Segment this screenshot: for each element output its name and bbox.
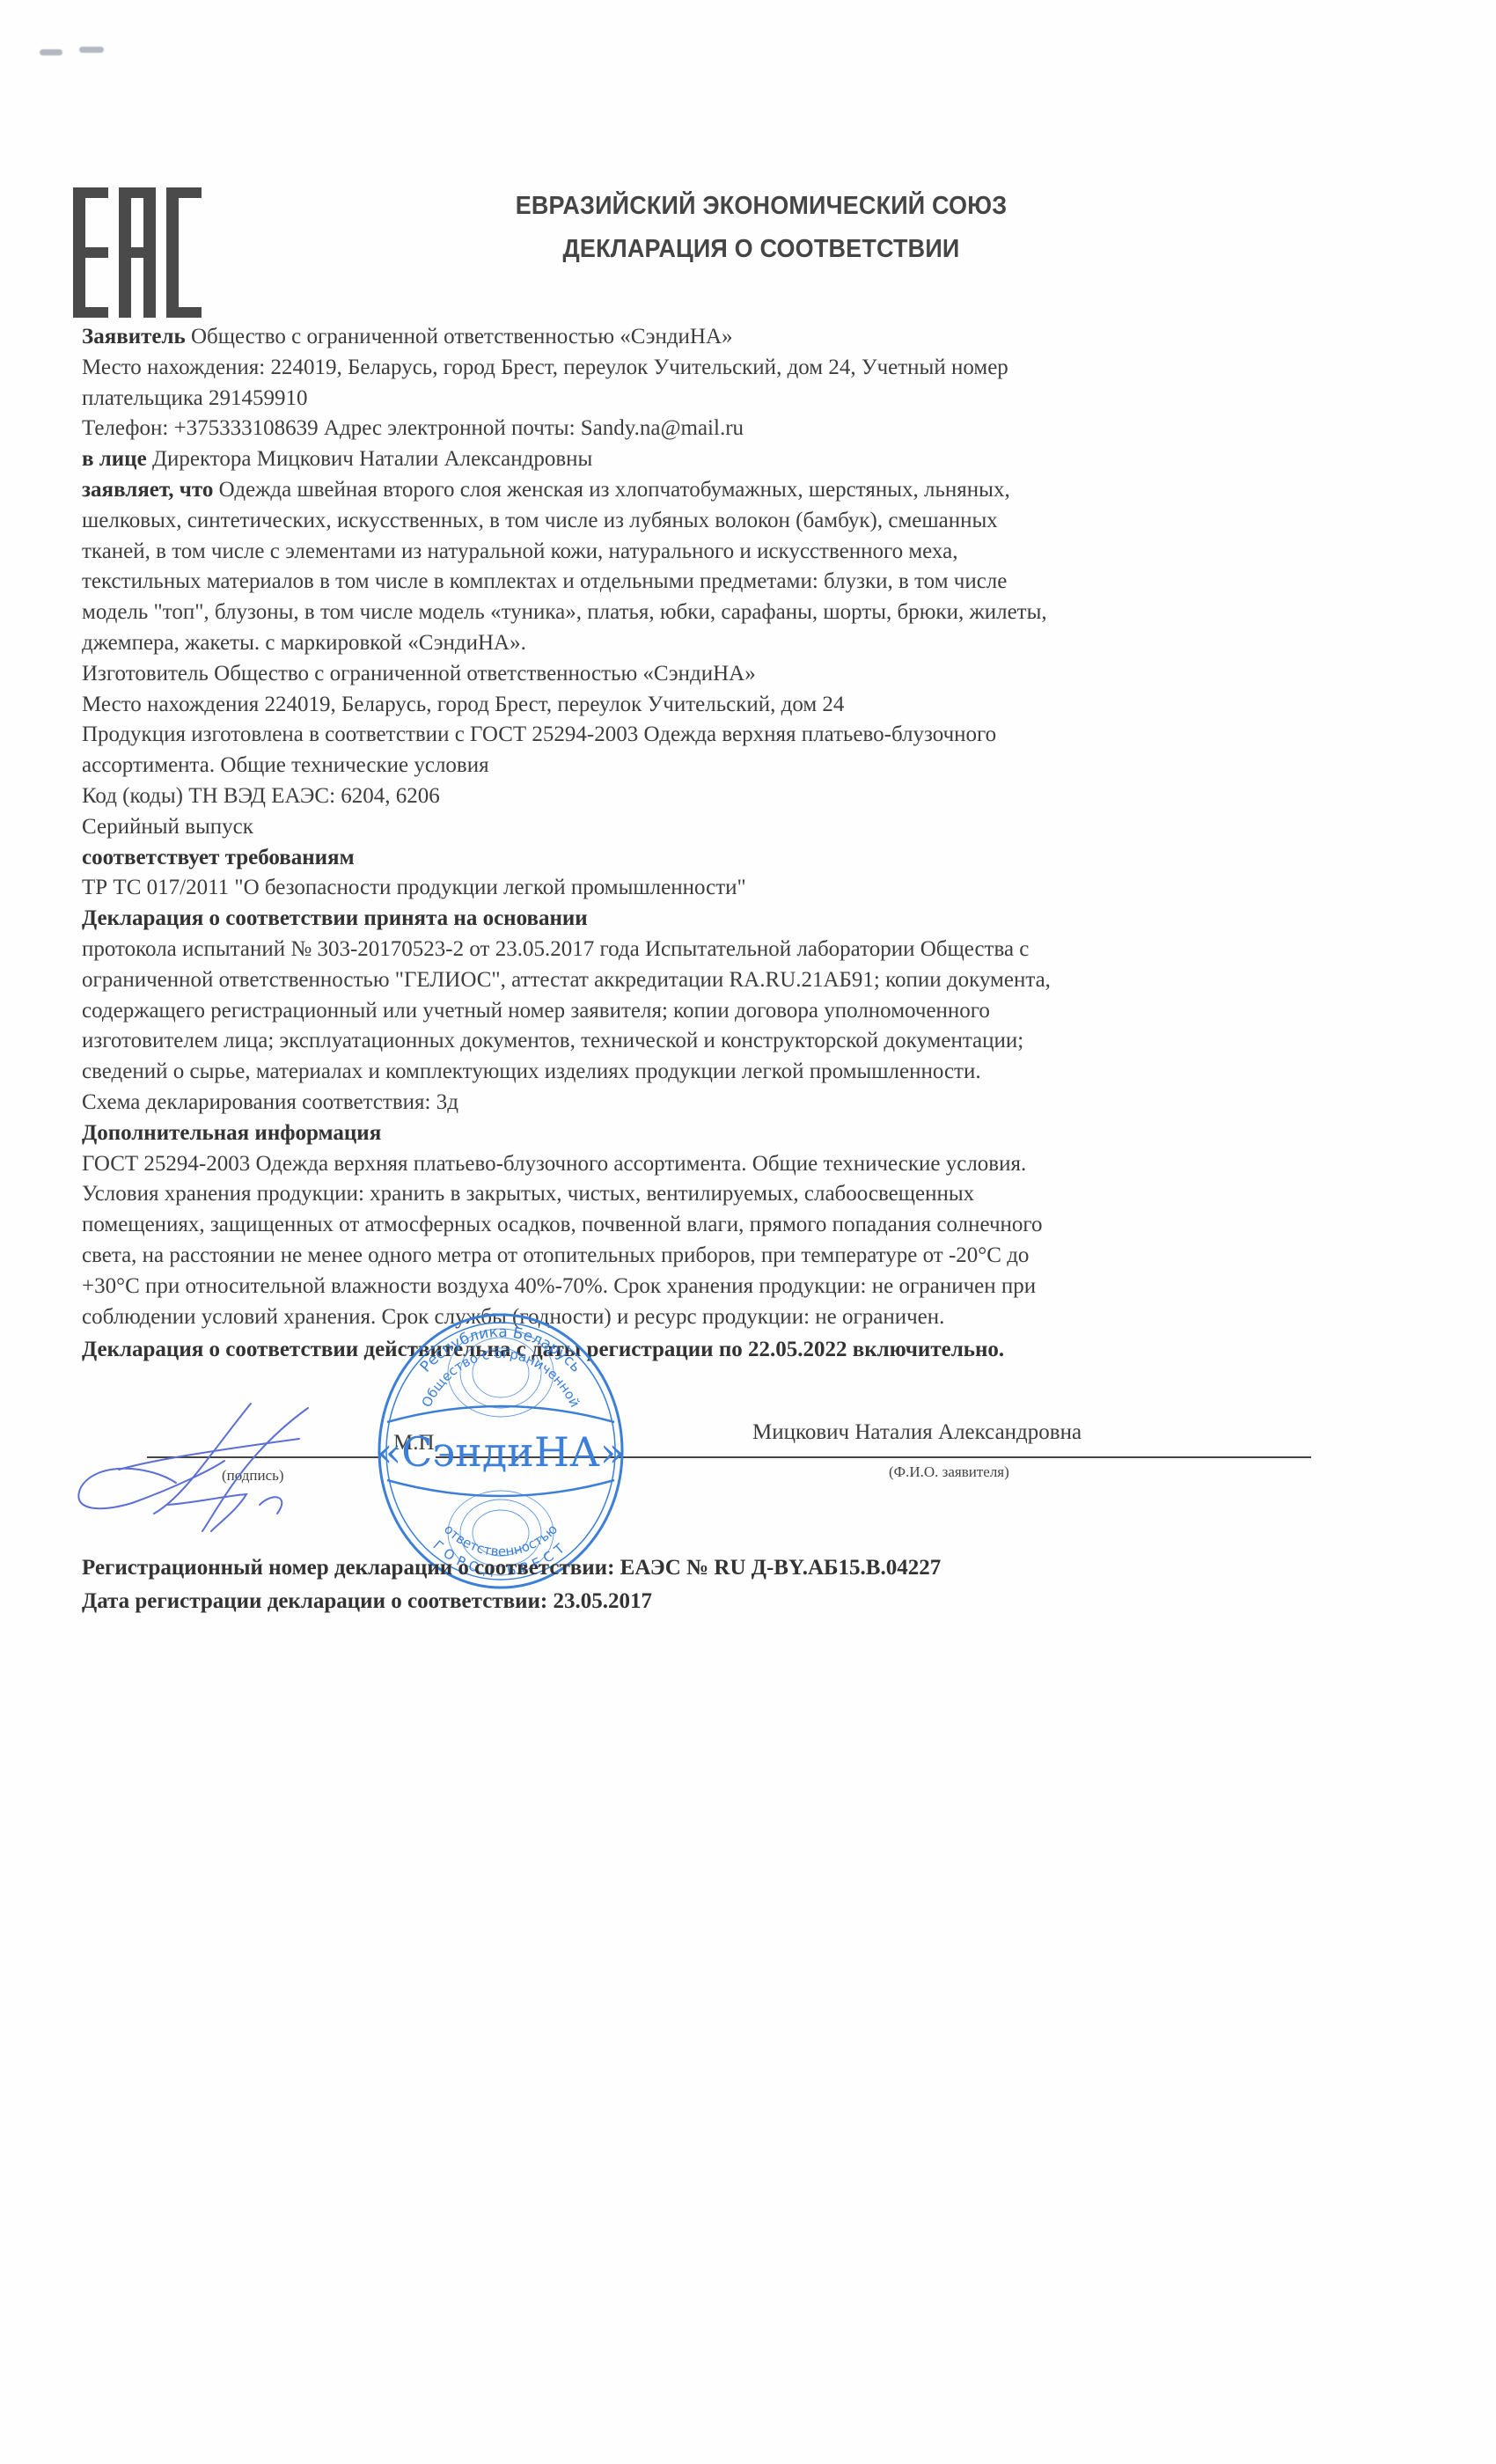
represented-line: в лице Директора Мицкович Наталии Алекса… [82,444,1287,475]
complies-label: соответствует требованиям [82,843,1287,874]
basis-line: протокола испытаний № 303-20170523-2 от … [82,935,1287,965]
represented-by: Директора Мицкович Наталии Александровны [147,447,593,471]
product-line: джемпера, жакеты. с маркировкой «СэндиНА… [82,628,1287,659]
handwritten-signature-icon [70,1399,352,1549]
scan-smudge [40,49,62,55]
basis-line: ограниченной ответственностью "ГЕЛИОС", … [82,965,1287,996]
scheme: Схема декларирования соответствия: 3д [82,1088,1287,1118]
additional-line: Условия хранения продукции: хранить в за… [82,1179,1287,1210]
additional-line: +30°С при относительной влажности воздух… [82,1272,1287,1302]
declaration-page: ЕВРАЗИЙСКИЙ ЭКОНОМИЧЕСКИЙ СОЮЗ ДЕКЛАРАЦИ… [0,0,1496,2464]
scan-smudge [79,47,104,53]
regulation: ТР ТС 017/2011 "О безопасности продукции… [82,873,1287,904]
applicant-name: Общество с ограниченной ответственностью… [186,325,733,348]
eac-logo-icon [73,187,202,318]
declaration-body: Заявитель Общество с ограниченной ответс… [82,322,1287,1332]
signer-name: Мицкович Наталия Александровна [752,1420,1082,1445]
applicant-contacts: Телефон: +375333108639 Адрес электронной… [82,414,1287,444]
production-type: Серийный выпуск [82,812,1287,843]
page-title-declaration: ДЕКЛАРАЦИЯ О СООТВЕТСТВИИ [438,235,1085,264]
registration-number: Регистрационный номер декларации о соотв… [82,1556,941,1580]
additional-label: Дополнительная информация [82,1118,1287,1149]
stamp-center: «СэндиНА» [377,1428,625,1476]
represented-label: в лице [82,447,147,471]
registration-date: Дата регистрации декларации о соответств… [82,1589,652,1614]
standard-line: ассортимента. Общие технические условия [82,751,1287,781]
additional-line: соблюдении условий хранения. Срок службы… [82,1302,1287,1333]
standard-line: Продукция изготовлена в соответствии с Г… [82,720,1287,751]
product-line: заявляет, что Одежда швейная второго сло… [82,475,1287,506]
product-line: модель "топ", блузоны, в том числе модел… [82,598,1287,628]
signer-caption: (Ф.И.О. заявителя) [889,1463,1009,1481]
additional-line: ГОСТ 25294-2003 Одежда верхняя платьево-… [82,1149,1287,1180]
product-line: тканей, в том числе с элементами из нату… [82,537,1287,568]
basis-label: Декларация о соответствии принята на осн… [82,904,1287,935]
applicant-line: Заявитель Общество с ограниченной ответс… [82,322,1287,353]
page-title-union: ЕВРАЗИЙСКИЙ ЭКОНОМИЧЕСКИЙ СОЮЗ [438,192,1085,221]
product-line: шелковых, синтетических, искусственных, … [82,506,1287,537]
declares-label: заявляет, что [82,478,213,502]
hs-codes: Код (коды) ТН ВЭД ЕАЭС: 6204, 6206 [82,781,1287,812]
applicant-address-1: Место нахождения: 224019, Беларусь, горо… [82,353,1287,384]
basis-line: содержащего регистрационный или учетный … [82,996,1287,1027]
applicant-address-2: плательщика 291459910 [82,384,1287,414]
manufacturer: Изготовитель Общество с ограниченной отв… [82,659,1287,690]
basis-line: изготовителем лица; эксплуатационных док… [82,1026,1287,1057]
additional-line: света, на расстоянии не менее одного мет… [82,1241,1287,1272]
manufacturer-address: Место нахождения 224019, Беларусь, город… [82,690,1287,721]
company-seal-icon: Республика Беларусь Общество с ограничен… [377,1311,625,1591]
additional-line: помещениях, защищенных от атмосферных ос… [82,1210,1287,1241]
product-line: текстильных материалов в том числе в ком… [82,567,1287,598]
applicant-label: Заявитель [82,325,186,348]
basis-line: сведений о сырье, материалах и комплекту… [82,1057,1287,1088]
